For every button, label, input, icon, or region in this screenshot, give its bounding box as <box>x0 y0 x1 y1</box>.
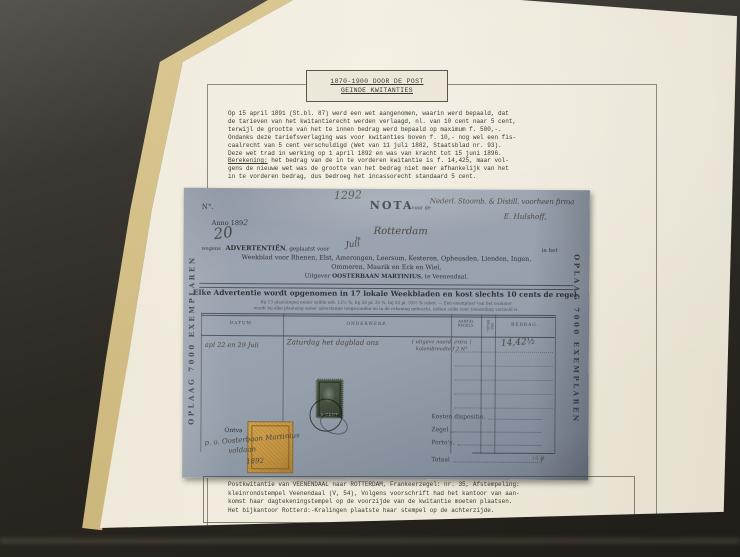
in-het-label: in het <box>541 248 557 254</box>
table-vline-right <box>554 315 556 454</box>
col-header-per-regel: PER REGEL. <box>484 317 494 336</box>
row-note-handwritten-1: { uitgave noord, extra { <box>411 339 472 345</box>
guide-line <box>455 407 553 409</box>
totaal-label: Totaal <box>431 456 450 463</box>
berekening-label: Berekening: <box>228 157 268 164</box>
col-header-datum: DATUM. <box>201 321 283 327</box>
dotted-leader <box>451 431 541 433</box>
intro-berekening-line: Berekening: het bedrag van de in te vord… <box>228 157 528 165</box>
uitgever-pre: Uitgever <box>305 274 333 280</box>
dotted-leader <box>453 461 539 463</box>
photo-of-exhibit-page: 1870-1900 DOOR DE POST GEINDE KWITANTIES… <box>0 0 740 557</box>
margin-number-handwritten: 20 <box>213 223 234 243</box>
totals-row-zegel: Zegel <box>431 426 543 434</box>
wegens-label: wegens <box>201 246 220 252</box>
slogan-line: Elke Advertentie wordt opgenomen in 17 l… <box>183 288 589 299</box>
row-note-handwritten-2: kolombreedte f 2 N° <box>416 346 468 352</box>
ontvangen-label: Ontva <box>224 427 242 434</box>
totals-row-porto: Porto's. <box>431 439 543 447</box>
guide-line <box>455 351 553 353</box>
addressee-handwritten-line1: Nederl. Stoomb. & Distill. voorheen firm… <box>430 196 574 206</box>
kosten-label: Kosten dispositie. <box>431 413 485 420</box>
col-header-aantal: AANTAL REGELS. <box>451 319 481 327</box>
dotted-leader <box>488 419 541 420</box>
intro-text: Op 15 april 1891 (St.bl. 87) werd een we… <box>228 110 528 181</box>
header-title-line2: GEINDE KWITANTIES <box>341 87 413 94</box>
intro-lines-before: Op 15 april 1891 (St.bl. 87) werd een we… <box>228 110 528 157</box>
geplaatst-label: , geplaatst voor <box>286 246 330 252</box>
dotted-leader <box>457 444 541 446</box>
fine-print-line2: wordt bij elke plaatsing eener advertent… <box>183 305 589 312</box>
voor-de-label: voor de <box>412 205 431 211</box>
weekblad-line1: Weekblad voor Rhenen, Elst, Amerongen, L… <box>183 254 589 263</box>
nota-title: NOTA <box>370 199 414 212</box>
anno-year-handwritten: 2 <box>243 218 248 227</box>
month-handwritten: Juli <box>345 239 360 250</box>
table-surface-reflection <box>0 538 740 544</box>
uitgever-name: OOSTERBAAN MARTINIUS <box>332 274 421 281</box>
row-datum-handwritten: apl 22 en 29 Juli <box>205 341 259 349</box>
guide-line <box>455 379 553 381</box>
uitgever-line: Uitgever OOSTERBAAN MARTINIUS, te Veenen… <box>183 273 589 281</box>
pencil-mark-handwritten: (43) <box>532 455 544 462</box>
col-header-onderwerp: ONDERWERP. <box>283 321 451 327</box>
totals-row-kosten: Kosten dispositie. <box>431 413 543 421</box>
col-header-aantal-2: REGELS. <box>451 323 481 327</box>
zegel-label: Zegel <box>431 426 448 433</box>
receipt-number-handwritten: 1292 <box>334 188 362 202</box>
addressee-handwritten-line2: E. Hulshoff, <box>504 212 547 221</box>
row-onderwerp-handwritten: Zaturdag het dagblad ons <box>287 338 379 347</box>
exhibit-header-box: 1870-1900 DOOR DE POST GEINDE KWITANTIES <box>306 70 448 102</box>
guide-line <box>455 393 553 395</box>
totals-sum-rule <box>472 453 554 455</box>
uitgever-post: , te Veenendaal. <box>421 274 468 280</box>
city-handwritten: Rotterdam <box>374 226 428 237</box>
guide-line <box>455 365 553 367</box>
advertentien-line: ADVERTENTIËN, geplaatst voor <box>225 244 329 253</box>
weekblad-line2: Ommeren, Maurik en Eck en Wiel. <box>183 263 589 272</box>
signature-handwritten-3: 1892 <box>246 457 264 466</box>
berekening-rest: het bedrag van de in te vorderen kwitant… <box>268 157 509 164</box>
col-header-bedrag: BEDRAG. <box>495 323 555 328</box>
porto-label: Porto's. <box>431 439 454 446</box>
caption-lines: Postkwitantie van VEENENDAAL naar ROTTER… <box>228 481 634 515</box>
table-header-rule <box>201 335 555 338</box>
table-vline-left <box>200 313 202 452</box>
intro-lines-after: gens de nieuwe wet was de grootte van he… <box>228 165 528 181</box>
receipt-document: OPLAAG 7000 EXEMPLAREN OPLAAG 7000 EXEMP… <box>182 188 590 480</box>
totals-row-totaal: Totaalf <box>431 455 543 464</box>
advertentien-label: ADVERTENTIËN <box>225 244 285 252</box>
row-bedrag-handwritten: 14,42½ <box>501 337 536 349</box>
header-title-line1: 1870-1900 DOOR DE POST <box>330 78 423 85</box>
no-label: N°. <box>202 203 214 211</box>
